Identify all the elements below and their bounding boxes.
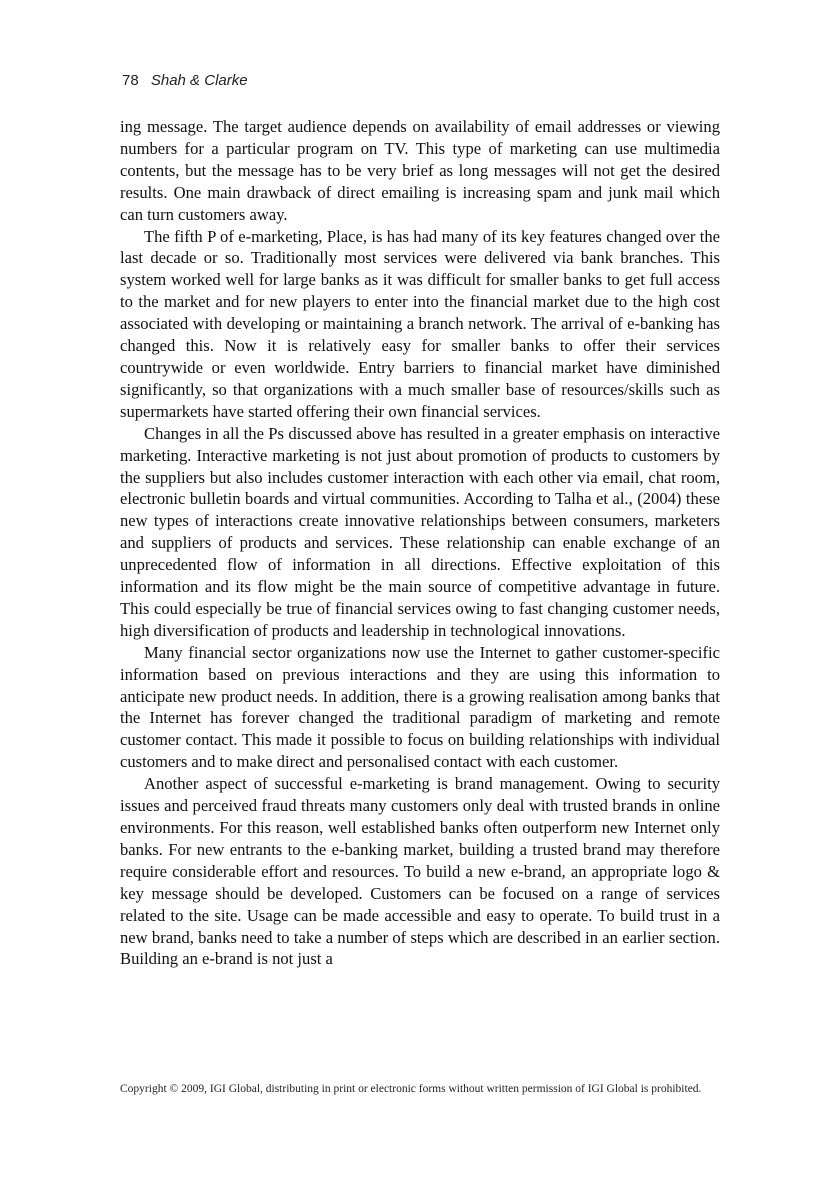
paragraph-1-continued: ing message. The target audience depends… bbox=[120, 116, 720, 226]
running-header: 78 Shah & Clarke bbox=[122, 72, 248, 89]
paragraph-interactive-marketing: Changes in all the Ps discussed above ha… bbox=[120, 423, 720, 642]
running-head-authors: Shah & Clarke bbox=[151, 72, 248, 89]
paragraph-place: The fifth P of e-marketing, Place, is ha… bbox=[120, 226, 720, 423]
body-text: ing message. The target audience depends… bbox=[120, 116, 720, 970]
paragraph-brand-management: Another aspect of successful e-marketing… bbox=[120, 773, 720, 970]
page-number: 78 bbox=[122, 72, 139, 89]
paragraph-customer-information: Many financial sector organizations now … bbox=[120, 642, 720, 773]
copyright-footer: Copyright © 2009, IGI Global, distributi… bbox=[120, 1082, 720, 1097]
